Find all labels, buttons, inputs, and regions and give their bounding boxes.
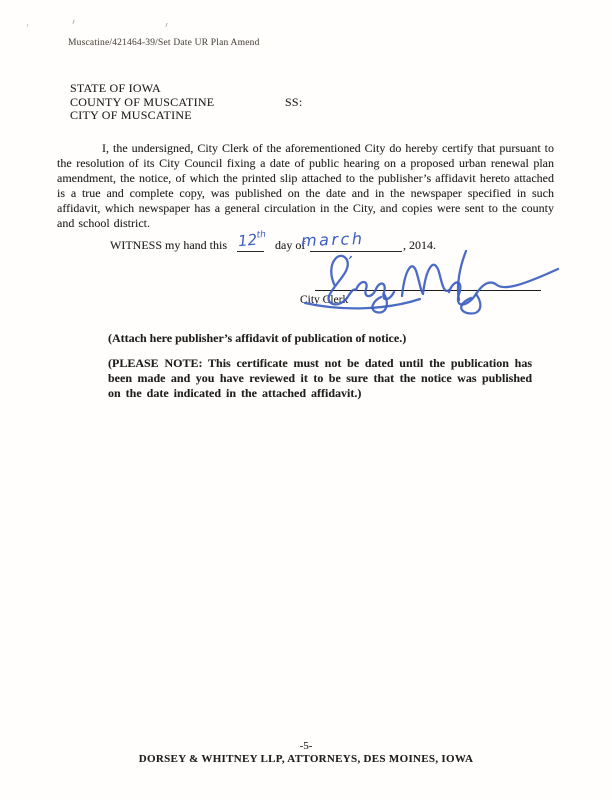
venue-city: CITY OF MUSCATINE (70, 109, 390, 123)
venue-ss: SS: (285, 96, 302, 110)
venue-state: STATE OF IOWA (70, 82, 390, 96)
signature-label: City Clerk (300, 294, 348, 306)
day-blank-line: 12th (237, 238, 264, 252)
venue-county-row: COUNTY OF MUSCATINE SS: (70, 96, 390, 110)
venue-block: STATE OF IOWA COUNTY OF MUSCATINE SS: CI… (70, 82, 390, 123)
document-page: Muscatine/421464-39/Set Date UR Plan Ame… (0, 0, 612, 800)
page-footer: -5- DORSEY & WHITNEY LLP, ATTORNEYS, DES… (0, 740, 612, 765)
file-reference-line: Muscatine/421464-39/Set Date UR Plan Ame… (68, 38, 260, 48)
witness-line: WITNESS my hand this 12th day of march ,… (0, 238, 612, 260)
law-firm-line: DORSEY & WHITNEY LLP, ATTORNEYS, DES MOI… (0, 753, 612, 765)
signature-line (315, 290, 541, 291)
certification-paragraph: I, the undersigned, City Clerk of the af… (57, 141, 554, 230)
page-number: -5- (0, 740, 612, 752)
please-note-paragraph: (PLEASE NOTE: This certificate must not … (108, 356, 532, 402)
witness-year: , 2014. (403, 238, 436, 253)
witness-prefix: WITNESS my hand this (110, 238, 227, 253)
attach-instruction: (Attach here publisher’s affidavit of pu… (108, 331, 548, 346)
scan-speck (72, 20, 75, 24)
handwritten-day: 12th (237, 230, 267, 250)
month-blank-line: march , (310, 238, 402, 252)
venue-county: COUNTY OF MUSCATINE (70, 95, 214, 109)
scan-speck (165, 23, 168, 27)
scan-speck (27, 24, 30, 27)
